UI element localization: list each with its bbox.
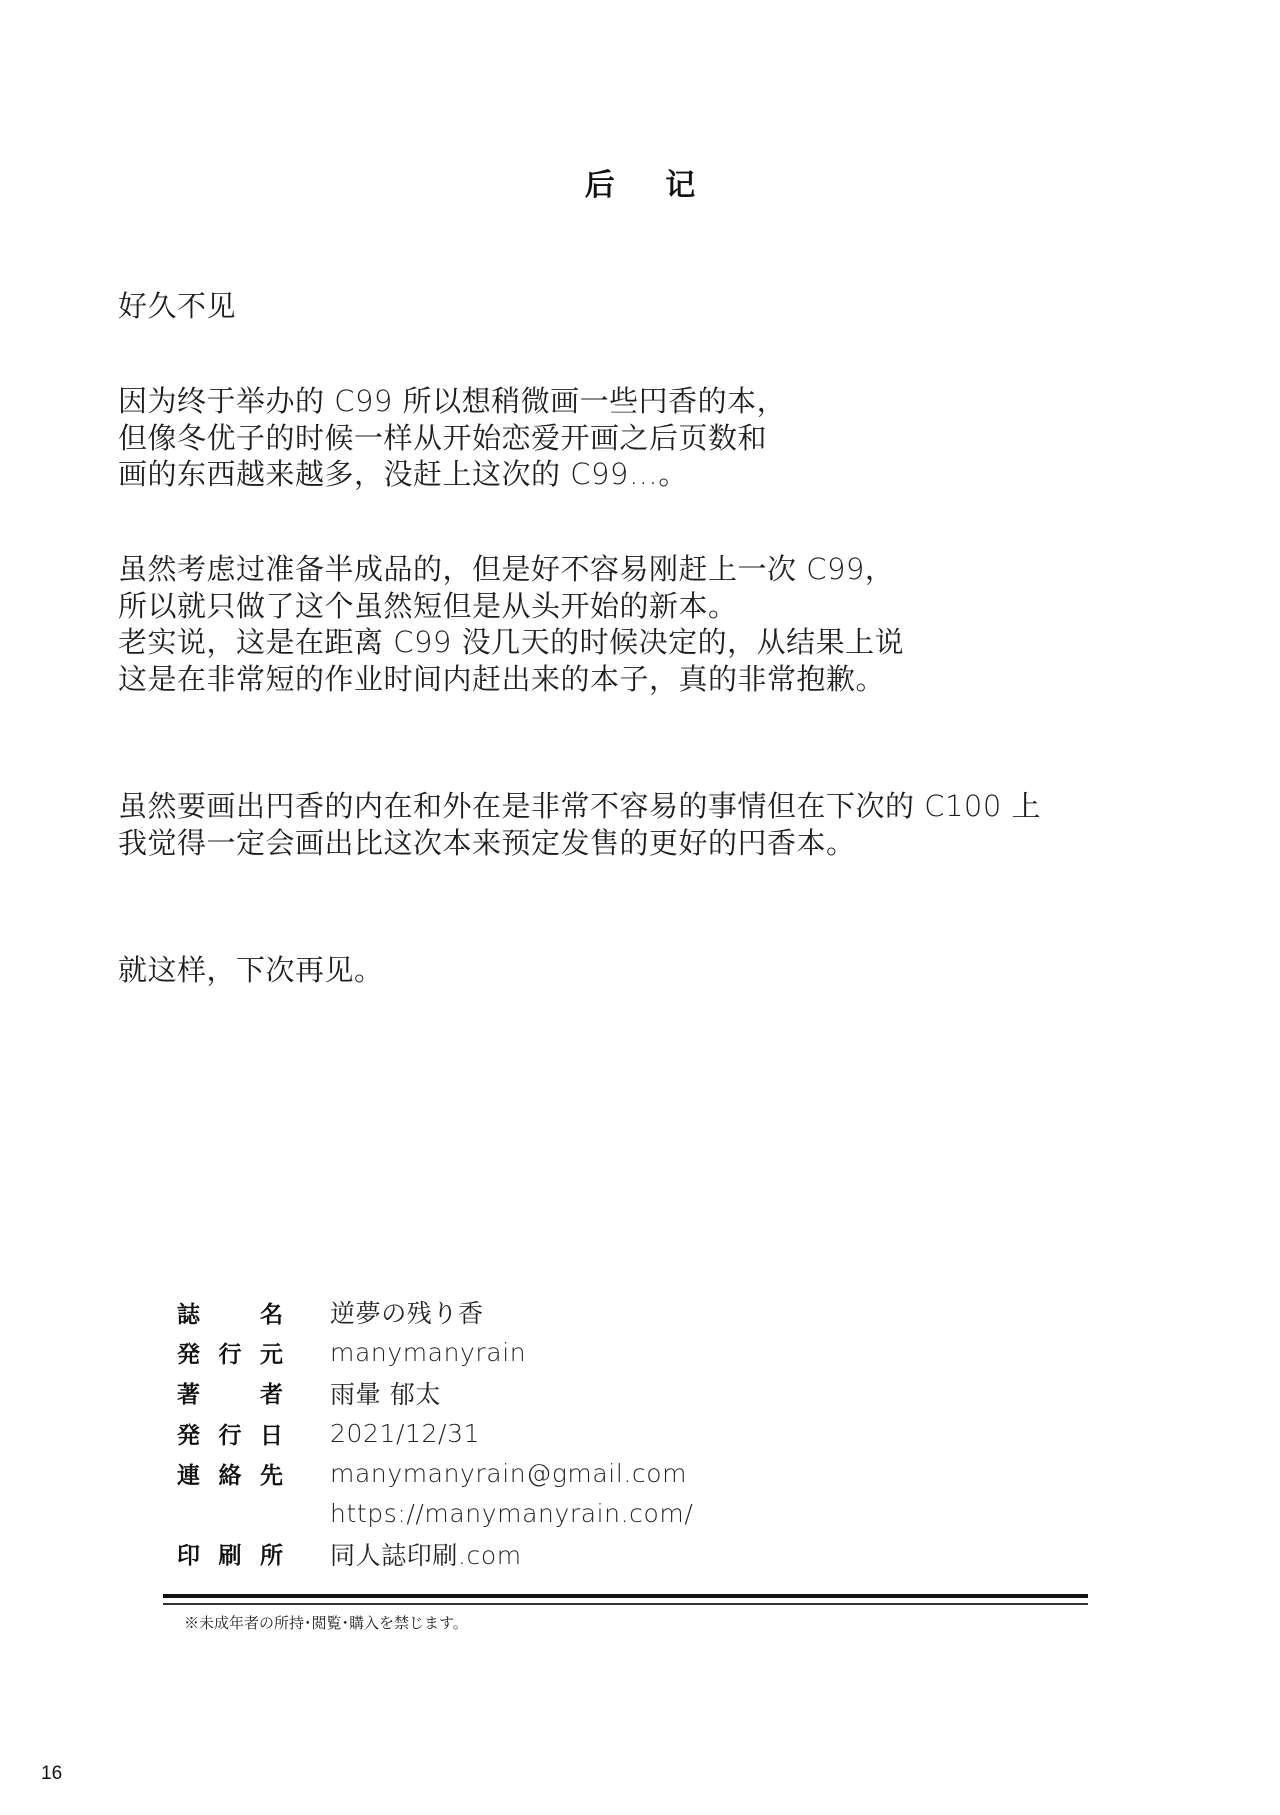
text-line: 好久不见 [118, 288, 236, 325]
colophon-value: 同人誌印刷.com [330, 1536, 522, 1572]
label-char: 誌 [177, 1296, 200, 1329]
label-char: 元 [260, 1336, 283, 1369]
paragraph-farewell: 就这样，下次再见。 [118, 952, 384, 989]
paragraph-c99-intro: 因为终于举办的 C99 所以想稍微画一些円香的本， 但像冬优子的时候一样从开始恋… [118, 383, 786, 493]
text-line: 就这样，下次再见。 [118, 952, 384, 989]
paragraph-greeting: 好久不见 [118, 288, 236, 325]
text-line: 但像冬优子的时候一样从开始恋爱开画之后页数和 [118, 420, 786, 457]
page-number: 16 [41, 1763, 62, 1785]
age-restriction-notice: ※未成年者の所持･閲覧･購入を禁じます。 [184, 1612, 468, 1633]
divider-thin [163, 1603, 1088, 1605]
label-char: 名 [260, 1296, 283, 1329]
paragraph-apology: 虽然考虑过准备半成品的，但是好不容易刚赶上一次 C99， 所以就只做了这个虽然短… [118, 551, 904, 697]
text-line: 虽然要画出円香的内在和外在是非常不容易的事情但在下次的 C100 上 [118, 788, 1041, 825]
colophon-row-website: https://manymanyrain.com/ [177, 1493, 693, 1533]
colophon-row-date: 発 行 日 2021/12/31 [177, 1413, 693, 1453]
colophon-label: 発 行 元 [177, 1336, 283, 1369]
colophon-label: 印 刷 所 [177, 1537, 283, 1570]
colophon-row-author: 著 者 雨暈 郁太 [177, 1373, 693, 1413]
label-char: 発 [177, 1417, 200, 1450]
label-char: 発 [177, 1336, 200, 1369]
colophon-label: 著 者 [177, 1376, 283, 1409]
text-line: 画的东西越来越多，没赶上这次的 C99…。 [118, 456, 786, 493]
text-line: 所以就只做了这个虽然短但是从头开始的新本。 [118, 588, 904, 625]
colophon-value: 2021/12/31 [330, 1419, 480, 1448]
label-char: 著 [177, 1376, 200, 1409]
colophon-value: 雨暈 郁太 [330, 1375, 441, 1411]
colophon-row-title: 誌 名 逆夢の残り香 [177, 1292, 693, 1332]
text-line: 虽然考虑过准备半成品的，但是好不容易刚赶上一次 C99， [118, 551, 904, 588]
text-line: 我觉得一定会画出比这次本来预定发售的更好的円香本。 [118, 825, 1041, 862]
colophon-row-contact: 連 絡 先 manymanyrain@gmail.com [177, 1453, 693, 1493]
colophon-value: 逆夢の残り香 [330, 1294, 484, 1330]
label-char: 連 [177, 1457, 200, 1490]
label-char: 印 [177, 1537, 200, 1570]
text-line: 老实说，这是在距离 C99 没几天的时候决定的，从结果上说 [118, 624, 904, 661]
colophon-table: 誌 名 逆夢の残り香 発 行 元 manymanyrain 著 者 雨暈 郁太 … [177, 1292, 693, 1574]
colophon-row-publisher: 発 行 元 manymanyrain [177, 1332, 693, 1372]
text-line: 这是在非常短的作业时间内赶出来的本子，真的非常抱歉。 [118, 661, 904, 698]
divider-thick [163, 1594, 1088, 1598]
label-char: 先 [260, 1457, 283, 1490]
page-title: 后 记 [0, 168, 1280, 204]
colophon-row-printer: 印 刷 所 同人誌印刷.com [177, 1534, 693, 1574]
label-char: 刷 [219, 1537, 242, 1570]
colophon-value: manymanyrain [330, 1338, 526, 1367]
colophon-label: 発 行 日 [177, 1417, 283, 1450]
text-line: 因为终于举办的 C99 所以想稍微画一些円香的本， [118, 383, 786, 420]
contact-website: https://manymanyrain.com/ [330, 1499, 693, 1528]
colophon-label: 連 絡 先 [177, 1457, 283, 1490]
label-char: 行 [219, 1417, 242, 1450]
label-char: 所 [260, 1537, 283, 1570]
label-char: 日 [260, 1417, 283, 1450]
contact-email: manymanyrain@gmail.com [330, 1459, 687, 1488]
label-char: 行 [219, 1336, 242, 1369]
paragraph-c100-plan: 虽然要画出円香的内在和外在是非常不容易的事情但在下次的 C100 上 我觉得一定… [118, 788, 1041, 861]
colophon-label: 誌 名 [177, 1296, 283, 1329]
label-char: 絡 [219, 1457, 242, 1490]
label-char: 者 [260, 1376, 283, 1409]
